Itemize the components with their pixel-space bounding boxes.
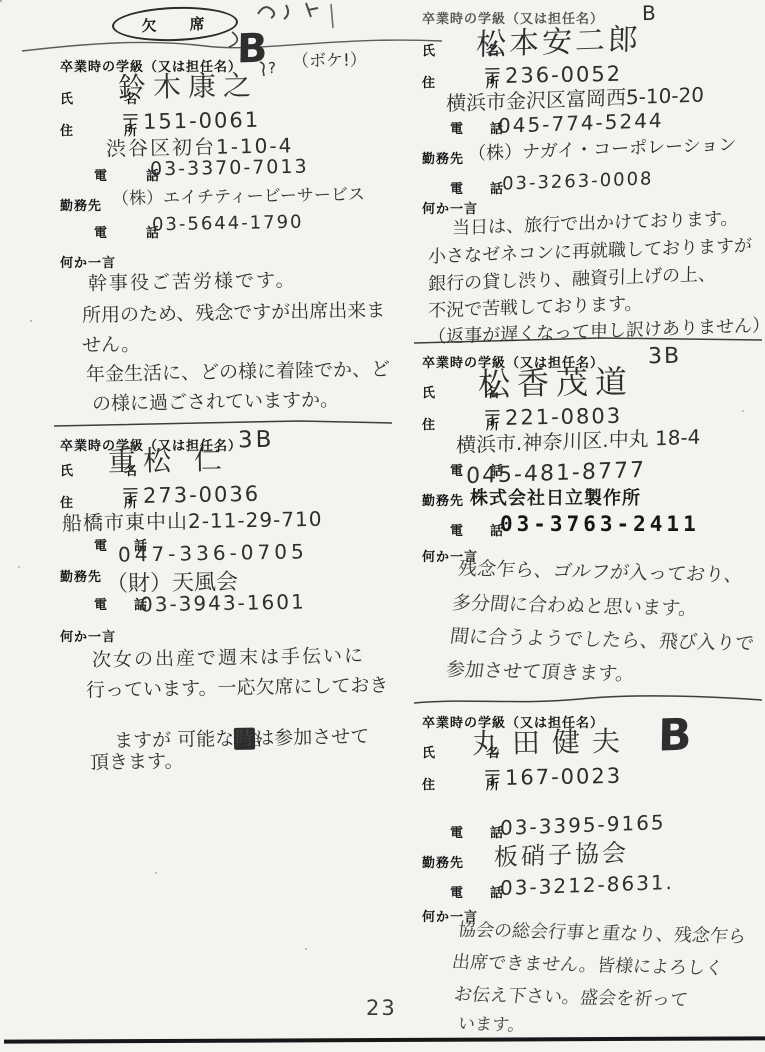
- form1-workphone-value: 03-5644-1790: [152, 213, 304, 235]
- divider-right-2: [414, 696, 762, 703]
- hand-rule-top-left: [22, 40, 442, 51]
- form1-comment-label: 何か一言: [60, 252, 116, 271]
- divider-left: [54, 421, 392, 426]
- form2-comment-post: は参加させて: [255, 725, 369, 749]
- form3-postal-value: 〒236-0052: [482, 63, 622, 89]
- scan-specks: [0, 0, 2, 2]
- form3-comment-label: 何か一言: [422, 198, 478, 217]
- scanned-alumni-reply-page: 欠 席 卒業時の学級（又は担任名） B ? （ボケ!） 氏 名 鈴木康之 住 所…: [0, 0, 765, 1052]
- form5-comment-line: 出席できません。皆様によろしく: [451, 953, 725, 979]
- form3-class-value: B: [642, 2, 656, 24]
- form5-name-note: B: [658, 711, 692, 761]
- form1-class-note: （ボケ!）: [292, 51, 367, 71]
- form5-postal-value: 〒167-0023: [482, 765, 622, 791]
- form3-workphone-value: 03-3263-0008: [502, 169, 654, 194]
- form3-comment-line: （返事が遅くなって申し訳けありません）: [428, 316, 765, 348]
- pen-scribble: [284, 5, 288, 19]
- form2-comment-line: 次女の出産で週末は手伝いに: [92, 646, 365, 672]
- form2-name-value: 重松 仁: [108, 445, 229, 478]
- form1-comment-line: 所用のため、残念ですが出席出来ま: [82, 300, 386, 326]
- form1-class-value: B: [237, 26, 268, 71]
- form3-comment-line: 不況で苦戦しております。: [428, 294, 643, 321]
- scan-edge-line: [4, 1036, 765, 1043]
- form2-class-value: 3B: [238, 428, 275, 454]
- page-number: 23: [366, 996, 397, 1020]
- form4-comment-line: 多分間に合わぬと思います。: [451, 593, 699, 620]
- form1-class-question: ?: [268, 60, 276, 77]
- form2-comment-pre: ますが 可能な: [114, 728, 234, 752]
- form5-workphone-value: 03-3212-8631.: [500, 871, 674, 899]
- form4-workphone-value: 03-3763-2411: [500, 512, 700, 536]
- form3-workplace-value: （株）ナガイ・コーポレーション: [468, 135, 737, 164]
- form2-workplace-label: 勤務先: [60, 566, 102, 585]
- form4-name-value: 松香茂道: [478, 365, 635, 403]
- pen-scribble: [258, 7, 274, 18]
- form2-comment-insertion: 場合: [233, 733, 263, 750]
- form4-comment-line: 残念乍ら、ゴルフが入っており、: [457, 559, 745, 587]
- form2-address2-value: 船橋市東中山2-11-29-710: [62, 508, 323, 535]
- form3-name-value: 松本安二郎: [476, 23, 641, 62]
- form2-comment-line: 頂きます。: [90, 751, 184, 774]
- form2-postal-value: 〒273-0036: [120, 483, 260, 509]
- form3-phone-value: 045-774-5244: [498, 109, 664, 137]
- form4-class-value: 3B: [648, 345, 682, 370]
- form5-name-value: 丸田健夫: [472, 727, 633, 761]
- form5-workplace-value: 板硝子協会: [494, 840, 629, 871]
- form4-workplace-label: 勤務先: [422, 490, 464, 509]
- form2-workphone-value: 03-3943-1601: [140, 591, 306, 616]
- form4-comment-line: 参加させて頂きます。: [445, 660, 636, 685]
- form5-phone-value: 03-3395-9165: [500, 811, 666, 839]
- form4-postal-value: 〒221-0803: [482, 405, 622, 431]
- pen-scribble: [306, 3, 318, 17]
- form1-workplace-value: （株）エイチティービーサービス: [112, 186, 365, 209]
- form1-comment-line: の様に過ごされていますか。: [92, 390, 339, 415]
- form5-comment-line: 協会の総会行事と重なり、残念乍ら: [457, 921, 747, 948]
- form2-phone-value: 047-336-0705: [118, 540, 308, 565]
- form1-phone-value: 03-3370-7013: [150, 157, 309, 181]
- form1-comment-line: せん。: [82, 334, 140, 356]
- form4-workplace-value: 株式会社日立製作所: [470, 484, 641, 510]
- form1-postal-value: 〒151-0061: [120, 109, 260, 135]
- form2-comment-line: 行っています。一応欠席にしておき: [86, 675, 389, 701]
- form5-comment-line: お伝え下さい。盛会を祈って: [453, 985, 689, 1010]
- form1-workplace-label: 勤務先: [60, 195, 102, 214]
- form5-comment-line: います。: [457, 1015, 526, 1035]
- form3-workplace-label: 勤務先: [422, 148, 464, 167]
- form4-comment-line: 間に合うようでしたら、飛び入りで: [449, 626, 756, 654]
- absent-stamp: 欠 席: [111, 5, 238, 43]
- form1-comment-line: 年金生活に、どの様に着陸でか、ど: [86, 359, 390, 385]
- form3-comment-line: 小さなゼネコンに再就職しておりますが: [428, 236, 752, 267]
- form3-workphone-label: 電 話: [450, 178, 509, 197]
- form3-comment-line: 銀行の貸し渋り、融資引上げの上、: [428, 265, 716, 295]
- form5-workplace-label: 勤務先: [422, 852, 464, 871]
- form2-comment-label: 何か一言: [60, 626, 116, 645]
- pen-scribble: [331, 4, 333, 28]
- absent-stamp-label: 欠 席: [131, 12, 219, 36]
- form3-comment-line: 当日は、旅行で出かけております。: [452, 209, 739, 239]
- form1-comment-line: 幹事役ご苦労様です。: [88, 270, 297, 295]
- form1-name-value: 鈴木康之: [118, 71, 259, 104]
